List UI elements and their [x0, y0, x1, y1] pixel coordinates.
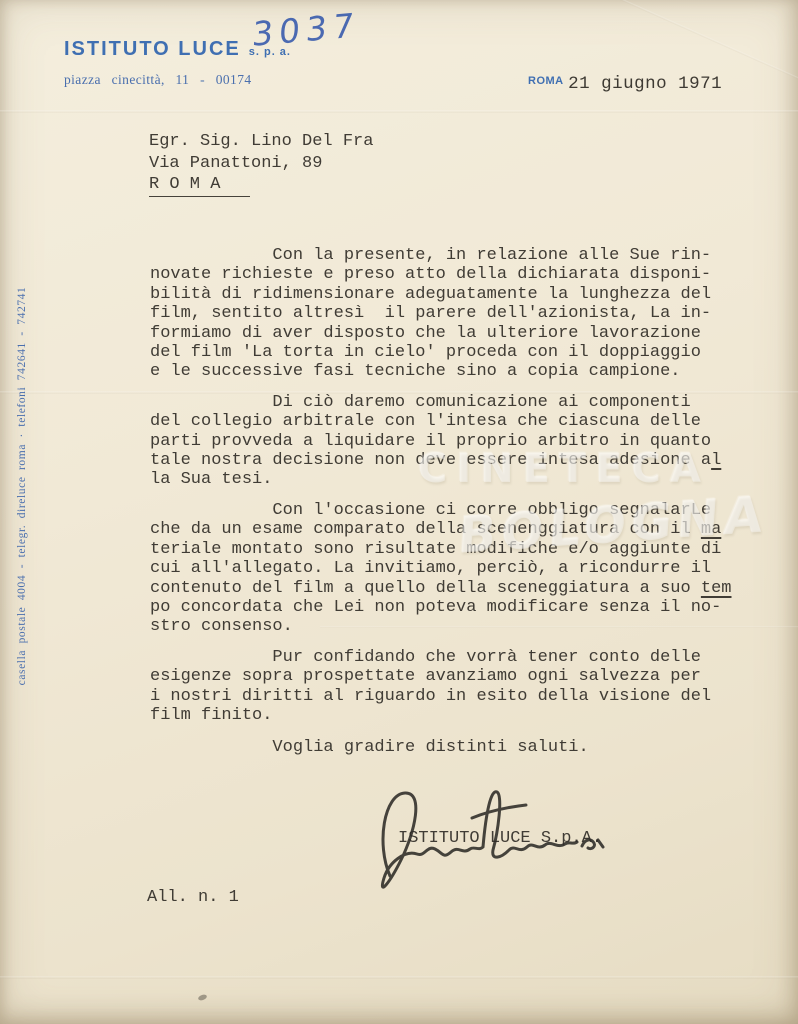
- recipient-city-text: R O M A: [149, 174, 250, 197]
- letter-line: i nostri diritti al riguardo in esito de…: [150, 687, 750, 706]
- signature-typed: ISTITUTO LUCE S.p.A.: [398, 829, 602, 848]
- letter-line: teriale montato sono risultate modifiche…: [150, 540, 750, 559]
- date-text: 21 giugno 1971: [568, 74, 722, 94]
- letter-line: la Sua tesi.: [150, 470, 750, 489]
- paper-crease: [609, 0, 798, 85]
- letter-line: cui all'allegato. La invitiamo, perciò, …: [150, 559, 750, 578]
- paper-crease: [0, 110, 798, 113]
- letter-line: stro consenso.: [150, 617, 750, 636]
- letter-body-column: Con la presente, in relazione alle Sue r…: [150, 246, 750, 758]
- paragraph: Di ciò daremo comunicazione ai component…: [150, 393, 750, 490]
- paragraph: Con la presente, in relazione alle Sue r…: [150, 246, 750, 382]
- letter-line: novate richieste e preso atto della dich…: [150, 265, 750, 284]
- scan-speck: [197, 994, 207, 1002]
- letterhead-side-text: casella postale 4004 - telegr. direluce …: [16, 275, 28, 697]
- letter-line: Con la presente, in relazione alle Sue r…: [150, 246, 750, 265]
- paragraph: Pur confidando che vorrà tener conto del…: [150, 648, 750, 726]
- letter-line: esigenze sopra prospettate avanziamo ogn…: [150, 667, 750, 686]
- closing-line: Voglia gradire distinti saluti.: [150, 738, 750, 757]
- letter-line: parti provveda a liquidare il proprio ar…: [150, 432, 750, 451]
- letter-line: contenuto del film a quello della sceneg…: [150, 579, 750, 598]
- letter-line: che da un esame comparato della scenengg…: [150, 520, 750, 539]
- date-line: ROMA 21 giugno 1971: [528, 74, 722, 94]
- paragraph: Con l'occasione ci corre obbligo segnala…: [150, 501, 750, 637]
- letter-line: bilità di ridimensionare adeguatamente l…: [150, 285, 750, 304]
- recipient-block: Egr. Sig. Lino Del Fra Via Panattoni, 89…: [149, 131, 373, 197]
- letter-line: e le successive fasi tecniche sino a cop…: [150, 362, 750, 381]
- letter-body: Con la presente, in relazione alle Sue r…: [150, 246, 750, 725]
- recipient-city: R O M A: [149, 174, 373, 197]
- letter-line: Pur confidando che vorrà tener conto del…: [150, 648, 750, 667]
- paper-crease: [0, 976, 798, 979]
- letter-line: del collegio arbitrale con l'intesa che …: [150, 412, 750, 431]
- recipient-street: Via Panattoni, 89: [149, 153, 373, 175]
- letter-page: casella postale 4004 - telegr. direluce …: [0, 0, 798, 1024]
- letter-line: tale nostra decisione non deve essere in…: [150, 451, 750, 470]
- company-name: ISTITUTO LUCE: [64, 38, 241, 60]
- letter-line: po concordata che Lei non poteva modific…: [150, 598, 750, 617]
- recipient-name: Egr. Sig. Lino Del Fra: [149, 131, 373, 153]
- handwritten-archive-number: 3037: [251, 5, 361, 54]
- letter-line: Con l'occasione ci corre obbligo segnala…: [150, 501, 750, 520]
- date-city: ROMA: [528, 75, 564, 87]
- company-address: piazza cinecittà, 11 - 00174: [64, 72, 291, 88]
- letter-line: film finito.: [150, 706, 750, 725]
- letter-line: Di ciò daremo comunicazione ai component…: [150, 393, 750, 412]
- attachment-note: All. n. 1: [147, 888, 239, 907]
- letter-line: del film 'La torta in cielo' proceda con…: [150, 343, 750, 362]
- letter-line: film, sentito altresì il parere dell'azi…: [150, 304, 750, 323]
- letter-line: formiamo di aver disposto che la ulterio…: [150, 324, 750, 343]
